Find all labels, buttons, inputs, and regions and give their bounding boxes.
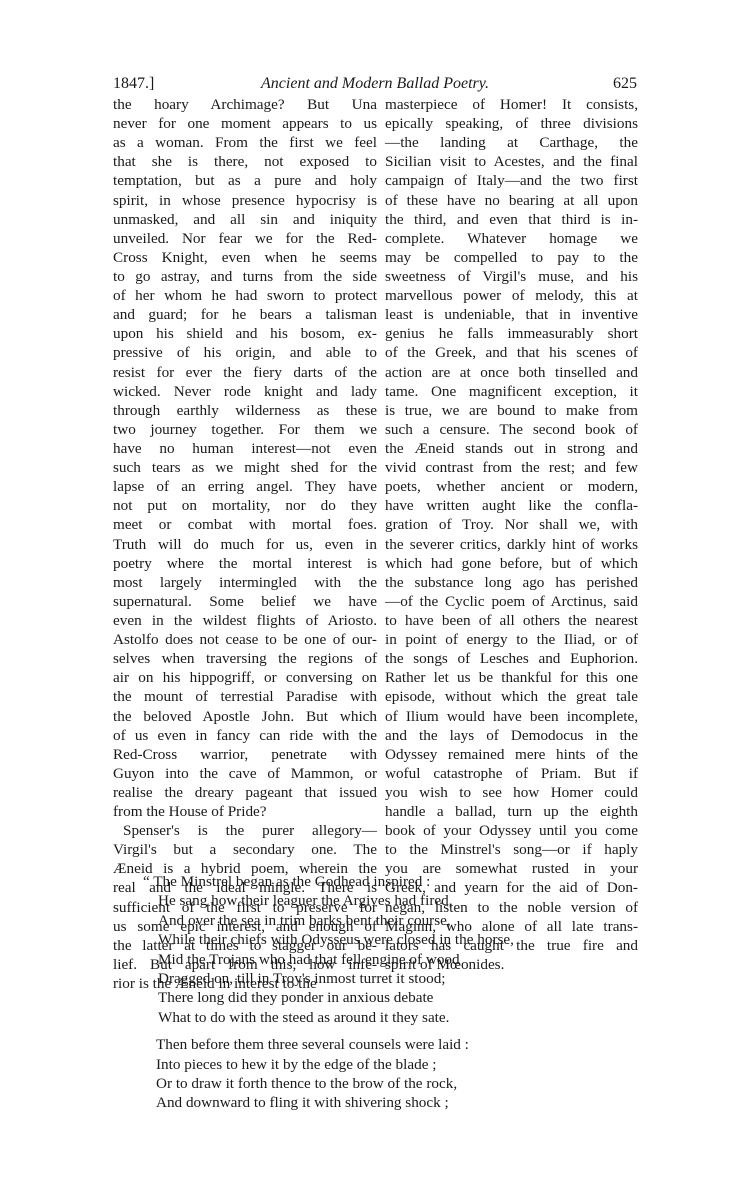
- verse-line: And downward to fling it with shivering …: [143, 1093, 514, 1112]
- text-line: vivid contrast from the rest; and few: [385, 458, 638, 477]
- text-line: spirit, in whose presence hypocrisy is: [113, 191, 377, 210]
- text-line: is true, we are bound to make from: [385, 401, 638, 420]
- text-line: temptation, but as a pure and holy: [113, 171, 377, 190]
- verse-line: He sang how their leaguer the Argives ha…: [143, 891, 514, 910]
- text-line: of her whom he had sworn to protect: [113, 286, 377, 305]
- text-line: action are at once both tinselled and: [385, 363, 638, 382]
- scanned-page: 1847.] Ancient and Modern Ballad Poetry.…: [0, 0, 750, 1179]
- verse-line: What to do with the steed as around it t…: [143, 1008, 514, 1027]
- text-line: which had gone before, but of which: [385, 554, 638, 573]
- text-line: resist for ever the fiery darts of the: [113, 363, 377, 382]
- text-line: have no human interest—not even: [113, 439, 377, 458]
- text-line: of these have no bearing at all upon: [385, 191, 638, 210]
- text-line: Odyssey remained mere hints of the: [385, 745, 638, 764]
- text-line: the mount of terrestial Paradise with: [113, 687, 377, 706]
- verse-stanza: “ The Minstrel began as the Godhead insp…: [143, 872, 514, 1027]
- text-line: unmasked, and all sin and iniquity: [113, 210, 377, 229]
- text-line: and guard; for he bears a talisman: [113, 305, 377, 324]
- text-line: in point of energy to the Iliad, or of: [385, 630, 638, 649]
- right-column: masterpiece of Homer! It consists,epical…: [385, 95, 638, 974]
- verse-line: And over the sea in trim barks bent thei…: [143, 911, 514, 930]
- text-line: the hoary Archimage? But Una: [113, 95, 377, 114]
- page-number: 625: [613, 74, 637, 94]
- verse-line: Into pieces to hew it by the edge of the…: [143, 1055, 514, 1074]
- text-line: as a woman. From the first we feel: [113, 133, 377, 152]
- text-line: upon his shield and his bosom, ex-: [113, 324, 377, 343]
- text-line: Red-Cross warrior, penetrate with: [113, 745, 377, 764]
- text-line: lapse of an erring angel. They have: [113, 477, 377, 496]
- text-line: not put on mortality, nor do they: [113, 496, 377, 515]
- text-line: marvellous power of melody, this at: [385, 286, 638, 305]
- text-line: Guyon into the cave of Mammon, or: [113, 764, 377, 783]
- verse-line: There long did they ponder in anxious de…: [143, 988, 514, 1007]
- running-head-title: Ancient and Modern Ballad Poetry.: [113, 74, 637, 94]
- text-line: Astolfo does not cease to be one of our-: [113, 630, 377, 649]
- text-line: Cross Knight, even when he seems: [113, 248, 377, 267]
- text-line: masterpiece of Homer! It consists,: [385, 95, 638, 114]
- text-line: even in the wildest flights of Ariosto.: [113, 611, 377, 630]
- text-line: book of your Odyssey until you come: [385, 821, 638, 840]
- text-line: Rather let us be thankful for this one: [385, 668, 638, 687]
- verse-stanza: Then before them three several counsels …: [143, 1035, 514, 1113]
- text-line: meet or combat with mortal foes.: [113, 515, 377, 534]
- text-line: unveiled. Nor fear we for the Red-: [113, 229, 377, 248]
- text-line: supernatural. Some belief we have: [113, 592, 377, 611]
- text-line: campaign of Italy—and the two first: [385, 171, 638, 190]
- text-line: Virgil's but a secondary one. The: [113, 840, 377, 859]
- text-line: —the landing at Carthage, the: [385, 133, 638, 152]
- text-line: realise the dreary pageant that issued: [113, 783, 377, 802]
- verse-line: While their chiefs with Odysseus were cl…: [143, 930, 514, 949]
- text-line: Sicilian visit to Acestes, and the final: [385, 152, 638, 171]
- text-line: epically speaking, of three divisions: [385, 114, 638, 133]
- text-line: most largely intermingled with the: [113, 573, 377, 592]
- running-head: 1847.] Ancient and Modern Ballad Poetry.…: [113, 74, 637, 94]
- text-line: genius he falls immeasurably short: [385, 324, 638, 343]
- verse-line: “ The Minstrel began as the Godhead insp…: [143, 872, 514, 891]
- left-column: the hoary Archimage? But Unanever for on…: [113, 95, 377, 993]
- text-line: air on his hippogriff, or conversing on: [113, 668, 377, 687]
- text-line: woful catastrophe of Priam. But if: [385, 764, 638, 783]
- text-line: through earthly wilderness as these: [113, 401, 377, 420]
- text-line: from the House of Pride?: [113, 802, 377, 821]
- text-line: such a censure. The second book of: [385, 420, 638, 439]
- text-line: the Æneid stands out in strong and: [385, 439, 638, 458]
- verse-line: Dragged on, till in Troy's inmost turret…: [143, 969, 514, 988]
- text-line: wicked. Never rode knight and lady: [113, 382, 377, 401]
- text-line: poets, whether ancient or modern,: [385, 477, 638, 496]
- text-line: the severer critics, darkly hint of work…: [385, 535, 638, 554]
- text-line: handle a ballad, turn up the eighth: [385, 802, 638, 821]
- text-line: sweetness of Virgil's muse, and his: [385, 267, 638, 286]
- text-line: —of the Cyclic poem of Arctinus, said: [385, 592, 638, 611]
- text-line: and the lays of Demodocus in the: [385, 726, 638, 745]
- text-line: of the Greek, and that his scenes of: [385, 343, 638, 362]
- text-line: complete. Whatever homage we: [385, 229, 638, 248]
- text-line: the songs of Lesches and Euphorion.: [385, 649, 638, 668]
- text-line: episode, without which the great tale: [385, 687, 638, 706]
- text-line: may be compelled to pay to the: [385, 248, 638, 267]
- verse-line: Mid the Trojans who had that fell engine…: [143, 950, 514, 969]
- text-line: poetry where the mortal interest is: [113, 554, 377, 573]
- text-line: the beloved Apostle John. But which: [113, 707, 377, 726]
- text-line: least is undeniable, that in inventive: [385, 305, 638, 324]
- text-line: have written aught like the confla-: [385, 496, 638, 515]
- text-line: gration of Troy. Nor shall we, with: [385, 515, 638, 534]
- text-line: selves when traversing the regions of: [113, 649, 377, 668]
- text-line: never for one moment appears to us: [113, 114, 377, 133]
- text-line: of Ilium would have been incomplete,: [385, 707, 638, 726]
- text-line: to have been of all others the nearest: [385, 611, 638, 630]
- text-line: to go astray, and turns from the side: [113, 267, 377, 286]
- verse-line: Then before them three several counsels …: [143, 1035, 514, 1054]
- text-line: two journey together. For them we: [113, 420, 377, 439]
- text-line: tame. One magnificent exception, it: [385, 382, 638, 401]
- text-line: to the Minstrel's song—or if haply: [385, 840, 638, 859]
- text-line: Spenser's is the purer allegory—: [113, 821, 377, 840]
- text-line: pressive of his origin, and able to: [113, 343, 377, 362]
- text-line: Truth will do much for us, even in: [113, 535, 377, 554]
- text-line: that she is there, not exposed to: [113, 152, 377, 171]
- text-line: the third, and even that third is in-: [385, 210, 638, 229]
- text-line: such tears as we might shed for the: [113, 458, 377, 477]
- verse-line: Or to draw it forth thence to the brow o…: [143, 1074, 514, 1093]
- text-line: you wish to see how Homer could: [385, 783, 638, 802]
- text-line: the substance long ago has perished: [385, 573, 638, 592]
- text-line: of us even in fancy can ride with the: [113, 726, 377, 745]
- verse-quotation: “ The Minstrel began as the Godhead insp…: [143, 872, 514, 1121]
